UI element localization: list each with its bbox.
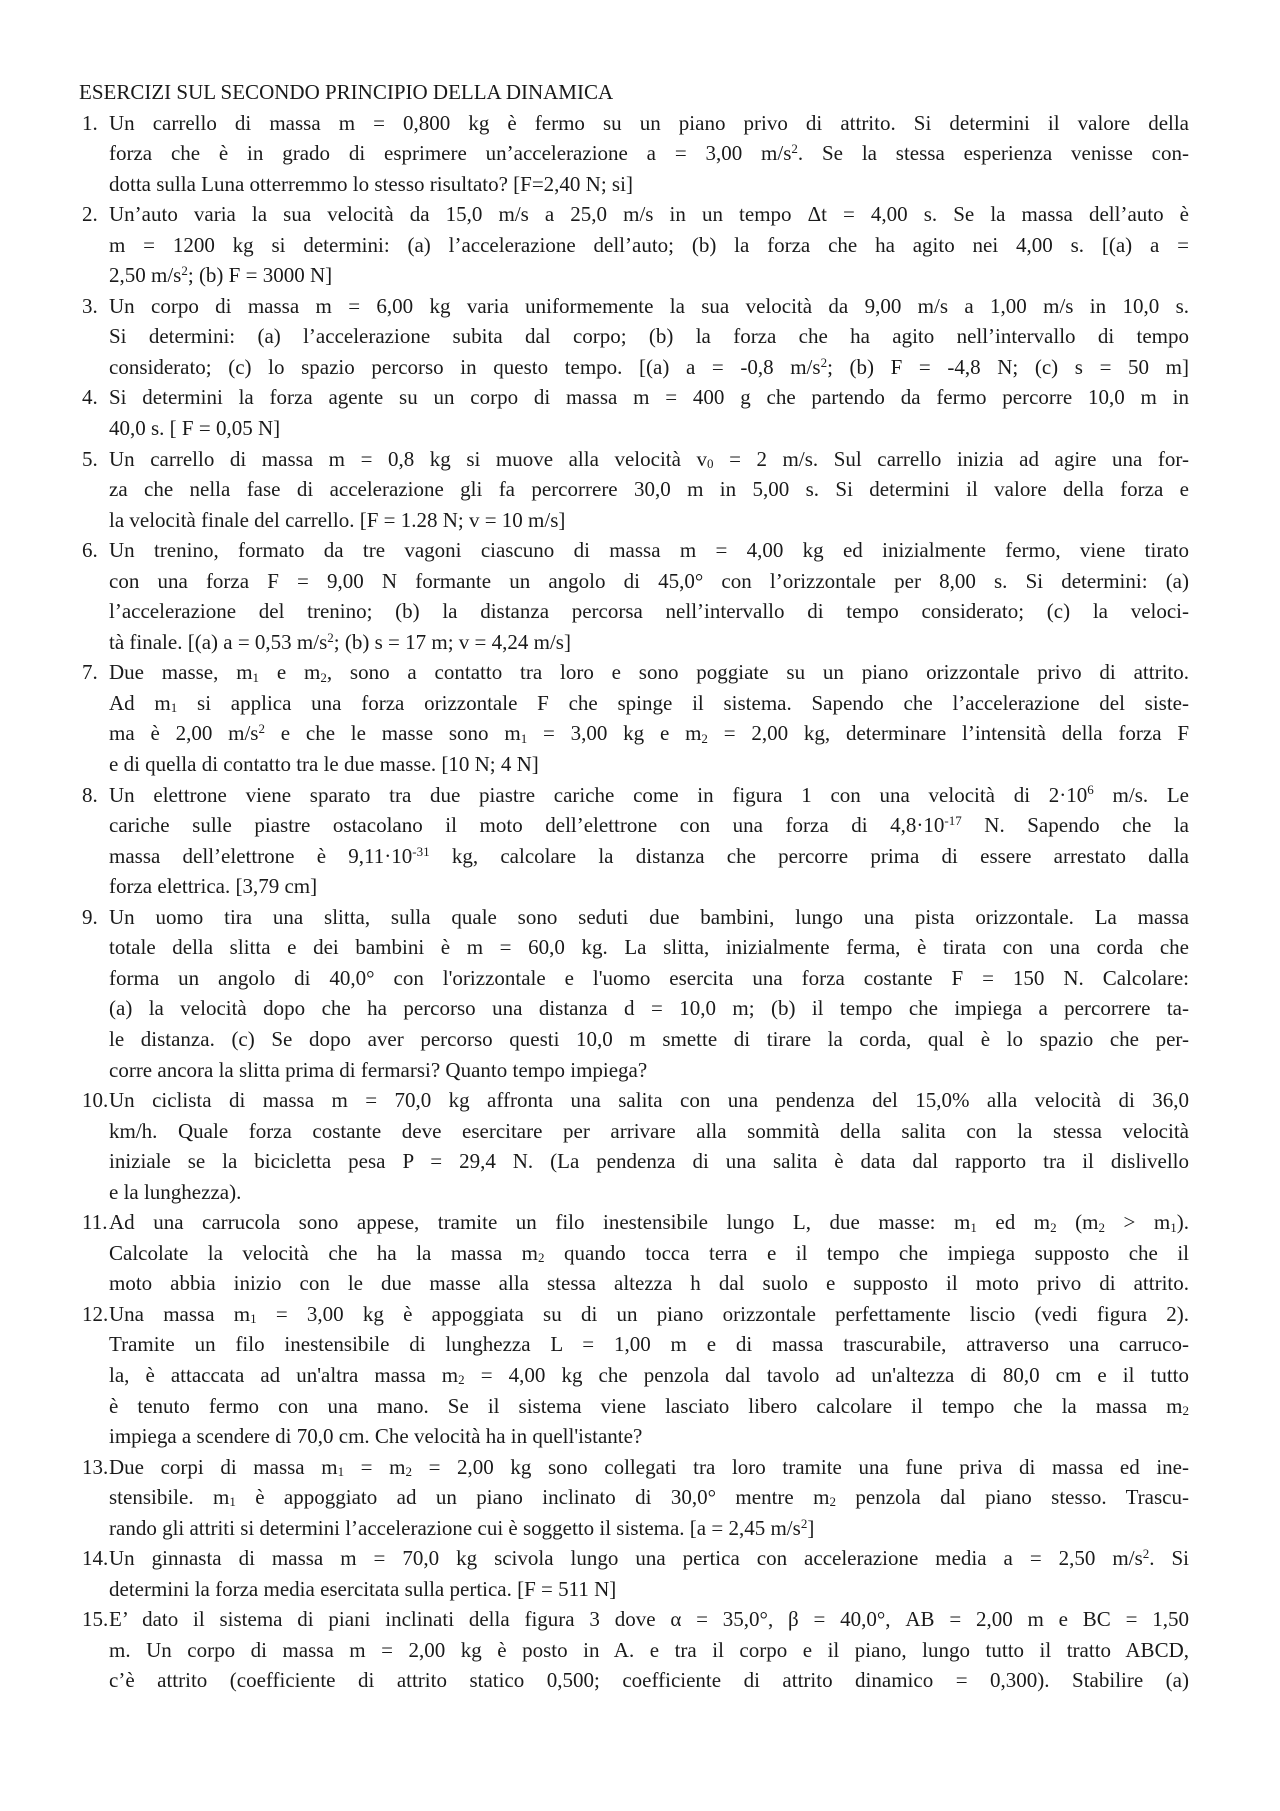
exercise-number: 4. xyxy=(82,382,98,413)
exercise-line: è tenuto fermo con una mano. Se il siste… xyxy=(109,1391,1189,1422)
exercise-number: 7. xyxy=(82,657,98,688)
exercise-text: Ad una carrucola sono appese, tramite un… xyxy=(109,1207,1189,1299)
exercise-text: Un ginnasta di massa m = 70,0 kg scivola… xyxy=(109,1543,1189,1604)
exercise-item: 11.Ad una carrucola sono appese, tramite… xyxy=(79,1207,1189,1299)
exercise-item: 15.E’ dato il sistema di piani inclinati… xyxy=(79,1604,1189,1696)
exercise-number: 11. xyxy=(82,1207,107,1238)
exercise-text: E’ dato il sistema di piani inclinati de… xyxy=(109,1604,1189,1696)
exercise-line: la, è attaccata ad un'altra massa m2 = 4… xyxy=(109,1360,1189,1391)
exercise-line: totale della slitta e dei bambini è m = … xyxy=(109,932,1189,963)
exercise-item: 1.Un carrello di massa m = 0,800 kg è fe… xyxy=(79,108,1189,200)
exercise-item: 6.Un trenino, formato da tre vagoni cias… xyxy=(79,535,1189,657)
exercise-line: dotta sulla Luna otterremmo lo stesso ri… xyxy=(109,169,1189,200)
exercise-number: 5. xyxy=(82,444,98,475)
exercise-line: l’accelerazione del trenino; (b) la dist… xyxy=(109,596,1189,627)
exercise-line: iniziale se la bicicletta pesa P = 29,4 … xyxy=(109,1146,1189,1177)
exercise-line: stensibile. m1 è appoggiato ad un piano … xyxy=(109,1482,1189,1513)
exercise-line: Un’auto varia la sua velocità da 15,0 m/… xyxy=(109,199,1189,230)
exercise-line: Due masse, m1 e m2, sono a contatto tra … xyxy=(109,657,1189,688)
exercise-number: 3. xyxy=(82,291,98,322)
exercise-line: Si determini: (a) l’accelerazione subita… xyxy=(109,321,1189,352)
exercise-text: Un trenino, formato da tre vagoni ciascu… xyxy=(109,535,1189,657)
exercise-line: Un ciclista di massa m = 70,0 kg affront… xyxy=(109,1085,1189,1116)
exercise-line: rando gli attriti si determini l’acceler… xyxy=(109,1513,1189,1544)
exercise-line: cariche sulle piastre ostacolano il moto… xyxy=(109,810,1189,841)
exercise-line: Un elettrone viene sparato tra due piast… xyxy=(109,780,1189,811)
exercise-text: Un ciclista di massa m = 70,0 kg affront… xyxy=(109,1085,1189,1207)
exercise-line: massa dell’elettrone è 9,11·10-31 kg, ca… xyxy=(109,841,1189,872)
exercise-line: tà finale. [(a) a = 0,53 m/s2; (b) s = 1… xyxy=(109,627,1189,658)
document-content: ESERCIZI SUL SECONDO PRINCIPIO DELLA DIN… xyxy=(79,77,1189,1696)
exercise-text: Due corpi di massa m1 = m2 = 2,00 kg son… xyxy=(109,1452,1189,1544)
exercise-item: 8.Un elettrone viene sparato tra due pia… xyxy=(79,780,1189,902)
exercise-line: E’ dato il sistema di piani inclinati de… xyxy=(109,1604,1189,1635)
exercise-line: km/h. Quale forza costante deve esercita… xyxy=(109,1116,1189,1147)
exercise-line: Un uomo tira una slitta, sulla quale son… xyxy=(109,902,1189,933)
exercise-text: Si determini la forza agente su un corpo… xyxy=(109,382,1189,443)
exercise-line: (a) la velocità dopo che ha percorso una… xyxy=(109,993,1189,1024)
exercise-text: Un carrello di massa m = 0,800 kg è ferm… xyxy=(109,108,1189,200)
exercise-item: 7.Due masse, m1 e m2, sono a contatto tr… xyxy=(79,657,1189,779)
exercise-line: Due corpi di massa m1 = m2 = 2,00 kg son… xyxy=(109,1452,1189,1483)
exercise-item: 12.Una massa m1 = 3,00 kg è appoggiata s… xyxy=(79,1299,1189,1452)
exercise-line: impiega a scendere di 70,0 cm. Che veloc… xyxy=(109,1421,1189,1452)
exercise-number: 15. xyxy=(82,1604,108,1635)
exercise-line: Un ginnasta di massa m = 70,0 kg scivola… xyxy=(109,1543,1189,1574)
exercise-line: Si determini la forza agente su un corpo… xyxy=(109,382,1189,413)
exercise-line: Ad m1 si applica una forza orizzontale F… xyxy=(109,688,1189,719)
exercise-number: 2. xyxy=(82,199,98,230)
exercise-line: Una massa m1 = 3,00 kg è appoggiata su d… xyxy=(109,1299,1189,1330)
exercise-number: 14. xyxy=(82,1543,108,1574)
exercise-item: 14.Un ginnasta di massa m = 70,0 kg sciv… xyxy=(79,1543,1189,1604)
document-title: ESERCIZI SUL SECONDO PRINCIPIO DELLA DIN… xyxy=(79,77,1189,108)
exercise-number: 1. xyxy=(82,108,98,139)
exercise-line: le distanza. (c) Se dopo aver percorso q… xyxy=(109,1024,1189,1055)
exercise-item: 13.Due corpi di massa m1 = m2 = 2,00 kg … xyxy=(79,1452,1189,1544)
exercise-line: Un carrello di massa m = 0,8 kg si muove… xyxy=(109,444,1189,475)
exercise-item: 2.Un’auto varia la sua velocità da 15,0 … xyxy=(79,199,1189,291)
exercise-text: Due masse, m1 e m2, sono a contatto tra … xyxy=(109,657,1189,779)
exercise-item: 3.Un corpo di massa m = 6,00 kg varia un… xyxy=(79,291,1189,383)
exercise-item: 4.Si determini la forza agente su un cor… xyxy=(79,382,1189,443)
exercise-line: 40,0 s. [ F = 0,05 N] xyxy=(109,413,1189,444)
exercise-line: con una forza F = 9,00 N formante un ang… xyxy=(109,566,1189,597)
exercise-line: e di quella di contatto tra le due masse… xyxy=(109,749,1189,780)
exercise-line: e la lunghezza). xyxy=(109,1177,1189,1208)
exercise-item: 9.Un uomo tira una slitta, sulla quale s… xyxy=(79,902,1189,1085)
exercise-line: 2,50 m/s2; (b) F = 3000 N] xyxy=(109,260,1189,291)
exercise-text: Una massa m1 = 3,00 kg è appoggiata su d… xyxy=(109,1299,1189,1452)
exercise-line: corre ancora la slitta prima di fermarsi… xyxy=(109,1055,1189,1086)
exercise-line: forma un angolo di 40,0° con l'orizzonta… xyxy=(109,963,1189,994)
exercise-line: m = 1200 kg si determini: (a) l’accelera… xyxy=(109,230,1189,261)
exercise-number: 12. xyxy=(82,1299,108,1330)
exercise-text: Un corpo di massa m = 6,00 kg varia unif… xyxy=(109,291,1189,383)
exercise-line: Tramite un filo inestensibile di lunghez… xyxy=(109,1329,1189,1360)
exercise-line: Calcolate la velocità che ha la massa m2… xyxy=(109,1238,1189,1269)
exercise-number: 6. xyxy=(82,535,98,566)
exercise-number: 13. xyxy=(82,1452,108,1483)
exercise-text: Un elettrone viene sparato tra due piast… xyxy=(109,780,1189,902)
document-page: ESERCIZI SUL SECONDO PRINCIPIO DELLA DIN… xyxy=(0,0,1280,1811)
exercise-line: m. Un corpo di massa m = 2,00 kg è posto… xyxy=(109,1635,1189,1666)
exercise-line: considerato; (c) lo spazio percorso in q… xyxy=(109,352,1189,383)
exercise-line: ma è 2,00 m/s2 e che le masse sono m1 = … xyxy=(109,718,1189,749)
exercise-text: Un uomo tira una slitta, sulla quale son… xyxy=(109,902,1189,1085)
exercise-line: Un corpo di massa m = 6,00 kg varia unif… xyxy=(109,291,1189,322)
exercise-line: determini la forza media esercitata sull… xyxy=(109,1574,1189,1605)
exercise-line: Ad una carrucola sono appese, tramite un… xyxy=(109,1207,1189,1238)
exercise-text: Un’auto varia la sua velocità da 15,0 m/… xyxy=(109,199,1189,291)
exercise-line: za che nella fase di accelerazione gli f… xyxy=(109,474,1189,505)
exercise-item: 5.Un carrello di massa m = 0,8 kg si muo… xyxy=(79,444,1189,536)
exercise-line: Un carrello di massa m = 0,800 kg è ferm… xyxy=(109,108,1189,139)
exercise-number: 9. xyxy=(82,902,98,933)
exercise-item: 10.Un ciclista di massa m = 70,0 kg affr… xyxy=(79,1085,1189,1207)
exercise-line: la velocità finale del carrello. [F = 1.… xyxy=(109,505,1189,536)
exercise-line: c’è attrito (coefficiente di attrito sta… xyxy=(109,1665,1189,1696)
exercise-line: forza elettrica. [3,79 cm] xyxy=(109,871,1189,902)
exercise-line: moto abbia inizio con le due masse alla … xyxy=(109,1268,1189,1299)
exercise-line: forza che è in grado di esprimere un’acc… xyxy=(109,138,1189,169)
exercise-number: 10. xyxy=(82,1085,108,1116)
exercise-list: 1.Un carrello di massa m = 0,800 kg è fe… xyxy=(79,108,1189,1696)
exercise-text: Un carrello di massa m = 0,8 kg si muove… xyxy=(109,444,1189,536)
exercise-number: 8. xyxy=(82,780,98,811)
exercise-line: Un trenino, formato da tre vagoni ciascu… xyxy=(109,535,1189,566)
